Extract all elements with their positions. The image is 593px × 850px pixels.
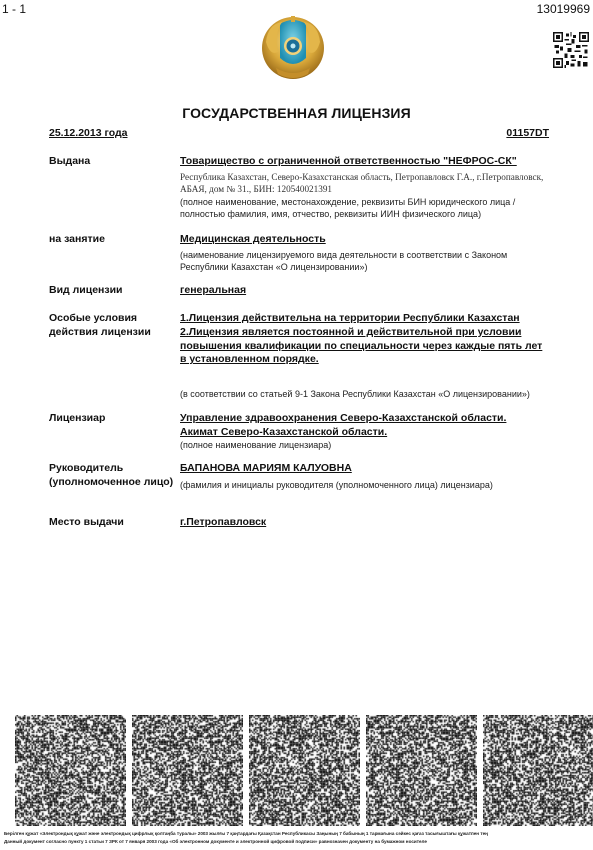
special-conditions-value: 1.Лицензия действительна на территории Р… bbox=[180, 312, 560, 367]
barcode-1-icon bbox=[15, 715, 126, 826]
special-condition-line: 1.Лицензия действительна на территории Р… bbox=[180, 312, 560, 326]
issued-to-note: (полное наименование, местонахождение, р… bbox=[180, 197, 550, 220]
place-label: Место выдачи bbox=[49, 516, 124, 530]
license-number: 01157DT bbox=[506, 127, 549, 139]
barcode-5-icon bbox=[483, 715, 593, 826]
footer-line-russian: Данный документ согласно пункту 1 статьи… bbox=[4, 838, 589, 845]
issued-to-label: Выдана bbox=[49, 155, 90, 169]
activity-label: на занятие bbox=[49, 233, 105, 247]
licensor-note: (полное наименование лицензиара) bbox=[180, 440, 550, 452]
qr-code-icon bbox=[553, 32, 589, 68]
page-indicator: 1 - 1 bbox=[2, 2, 26, 16]
activity-note: (наименование лицензируемого вида деятел… bbox=[180, 250, 550, 273]
head-label-line2: (уполномоченное лицо) bbox=[49, 476, 173, 490]
special-conditions-note: (в соответствии со статьей 9-1 Закона Ре… bbox=[180, 389, 580, 401]
head-label: Руководитель (уполномоченное лицо) bbox=[49, 462, 173, 489]
licensor-line: Акимат Северо-Казахстанской области. bbox=[180, 426, 560, 440]
issued-to-address: Республика Казахстан, Северо-Казахстанск… bbox=[180, 172, 560, 196]
head-note: (фамилия и инициалы руководителя (уполно… bbox=[180, 480, 550, 492]
license-type-value: генеральная bbox=[180, 284, 560, 298]
document-number: 13019969 bbox=[537, 2, 590, 16]
license-type-label: Вид лицензии bbox=[49, 284, 123, 298]
barcode-4-icon bbox=[366, 715, 477, 826]
state-emblem-icon bbox=[258, 12, 328, 84]
special-conditions-label: Особые условия действия лицензии bbox=[49, 312, 151, 339]
head-value: БАПАНОВА МАРИЯМ КАЛУОВНА bbox=[180, 462, 560, 476]
place-value: г.Петропавловск bbox=[180, 516, 560, 530]
special-condition-line: 2.Лицензия является постоянной и действи… bbox=[180, 326, 560, 340]
issue-date: 25.12.2013 года bbox=[49, 127, 127, 139]
special-conditions-label-line2: действия лицензии bbox=[49, 326, 151, 340]
licensor-value: Управление здравоохранения Северо-Казахс… bbox=[180, 412, 560, 440]
activity-value: Медицинская деятельность bbox=[180, 233, 560, 247]
barcode-2-icon bbox=[132, 715, 243, 826]
barcode-3-icon bbox=[249, 715, 360, 826]
licensor-line: Управление здравоохранения Северо-Казахс… bbox=[180, 412, 560, 426]
special-condition-line: в установленном порядке. bbox=[180, 353, 560, 367]
head-label-line1: Руководитель bbox=[49, 462, 173, 476]
special-condition-line: повышения квалификации по специальности … bbox=[180, 340, 560, 354]
licensor-label: Лицензиар bbox=[49, 412, 105, 426]
issued-to-value: Товарищество с ограниченной ответственно… bbox=[180, 155, 560, 169]
special-conditions-label-line1: Особые условия bbox=[49, 312, 151, 326]
footer-line-kazakh: Берілген құжат «Электрондық құжат және э… bbox=[4, 830, 589, 837]
document-title: ГОСУДАРСТВЕННАЯ ЛИЦЕНЗИЯ bbox=[0, 105, 593, 121]
